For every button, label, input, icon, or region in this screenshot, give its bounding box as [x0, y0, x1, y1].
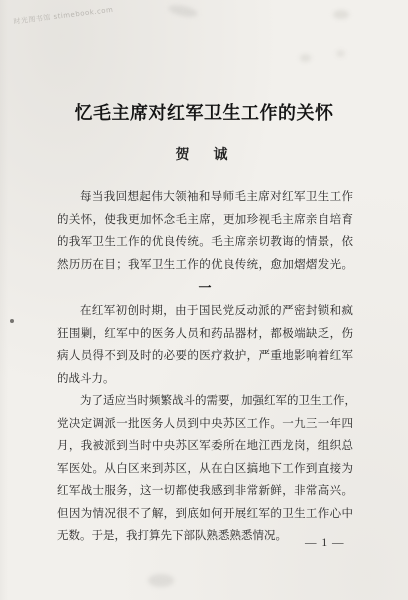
- author-name: 贺 诚: [0, 146, 408, 166]
- document-title: 忆毛主席对红军卫生工作的关怀: [0, 101, 408, 125]
- text-line: 狂围剿，红军中的医务人员和药品器材，都极端缺乏，伤: [57, 323, 353, 346]
- watermark-text: 时光图书馆 stimebook.com: [13, 5, 114, 27]
- page-number: — 1 —: [305, 537, 345, 549]
- text-line: 的我军卫生工作的优良传统。毛主席亲切教诲的情景，依: [57, 231, 353, 254]
- text-line: 的战斗力。: [57, 368, 353, 391]
- text-line: 红军战士服务，这一切都使我感到非常新鲜，非常高兴。: [57, 480, 353, 503]
- text-line: 月，我被派到当时中央苏区军委所在地江西龙岗，组织总: [57, 435, 353, 458]
- text-line: 每当我回想起伟大领袖和导师毛主席对红军卫生工作: [57, 186, 353, 209]
- text-line: 为了适应当时频繁战斗的需要，加强红军的卫生工作，: [57, 390, 353, 413]
- text-line: 军医处。从白区来到苏区，从在白区搞地下工作到直接为: [57, 458, 353, 481]
- scan-smudge: [300, 54, 311, 62]
- text-line: 病人员得不到及时的必要的医疗救护，严重地影响着红军: [57, 345, 353, 368]
- scan-smudge: [336, 50, 345, 57]
- scan-speckle: [10, 319, 14, 323]
- text-line: 但因为情况很不了解，到底如何开展红军的卫生工作心中: [57, 503, 353, 526]
- section-marker: 一: [57, 276, 353, 300]
- text-line: 党决定调派一批医务人员到中央苏区工作。一九三一年四: [57, 413, 353, 436]
- scan-smudge: [333, 10, 349, 19]
- text-line: 的关怀，使我更加怀念毛主席，更加珍视毛主席亲自培育: [57, 209, 353, 232]
- scanned-page: 时光图书馆 stimebook.com 忆毛主席对红军卫生工作的关怀 贺 诚 每…: [0, 0, 408, 600]
- text-line: 然历历在目；我军卫生工作的优良传统，愈加熠熠发光。: [57, 254, 353, 277]
- scan-smudge: [148, 574, 174, 587]
- text-line: 在红军初创时期，由于国民党反动派的严密封锁和疯: [57, 300, 353, 323]
- scan-smudge: [167, 3, 198, 19]
- document-body: 每当我回想起伟大领袖和导师毛主席对红军卫生工作 的关怀，使我更加怀念毛主席，更加…: [57, 186, 353, 548]
